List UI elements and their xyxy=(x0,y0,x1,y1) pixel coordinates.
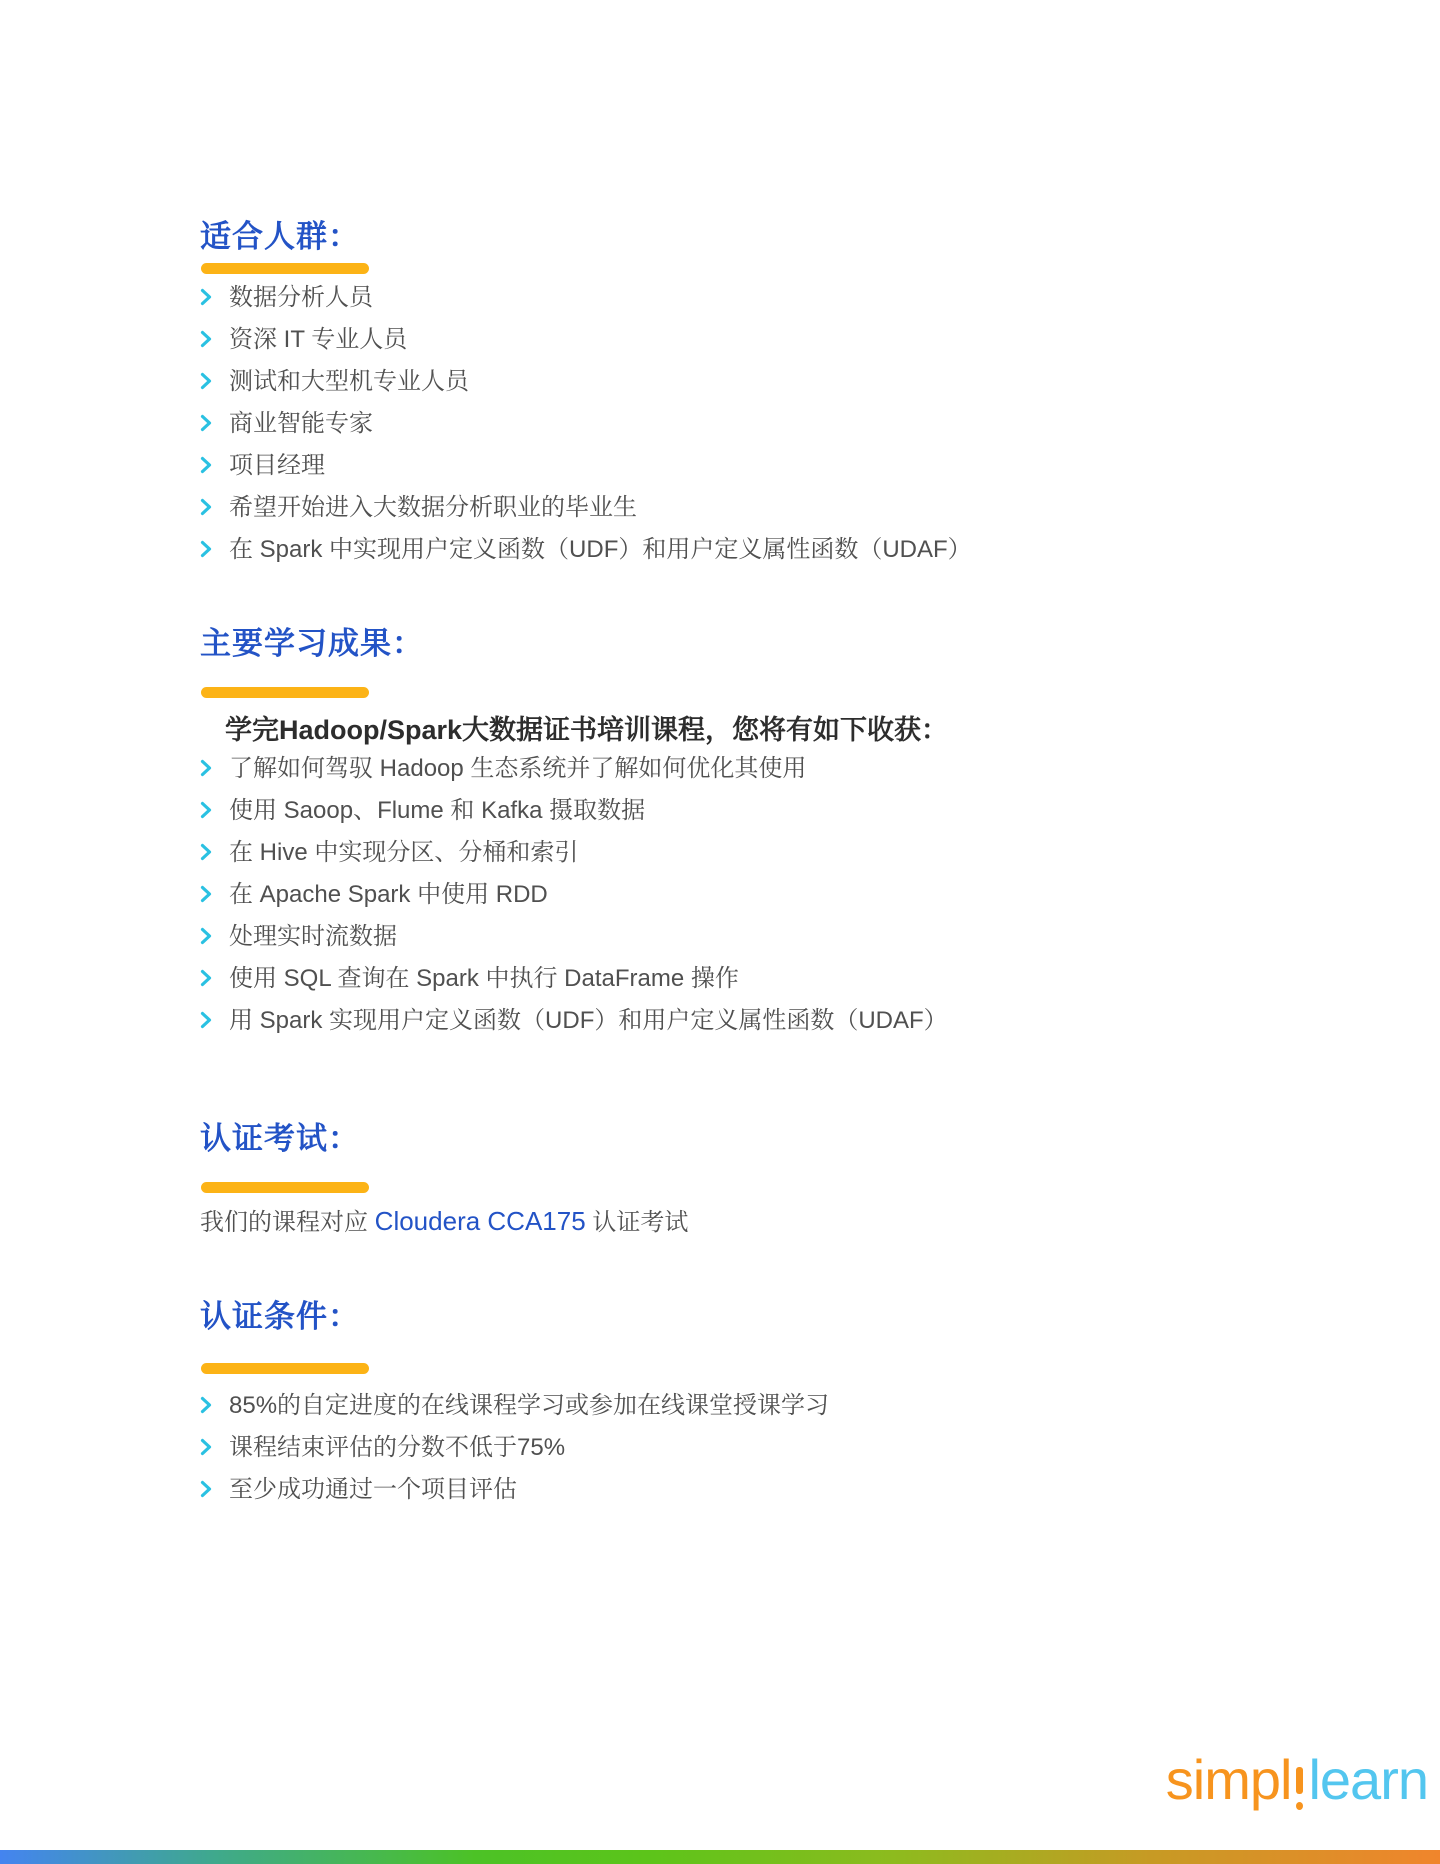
list-item-text: 课程结束评估的分数不低于75% xyxy=(229,1433,565,1462)
chevron-right-icon xyxy=(200,1396,212,1414)
chevron-right-icon xyxy=(200,414,212,432)
chevron-right-icon xyxy=(200,885,212,903)
list-item: 至少成功通过一个项目评估 xyxy=(200,1475,829,1504)
logo-i-stem xyxy=(1296,1767,1303,1794)
list-item-text: 在 Apache Spark 中使用 RDD xyxy=(229,880,548,909)
chevron-right-icon xyxy=(200,1480,212,1498)
chevron-right-icon xyxy=(200,288,212,306)
section-title-certification-criteria: 认证条件： xyxy=(200,1291,360,1336)
chevron-right-icon xyxy=(200,801,212,819)
section-title-target-audience: 适合人群： xyxy=(200,211,360,256)
chevron-right-icon xyxy=(200,843,212,861)
learning-outcomes-list: 了解如何驾驭 Hadoop 生态系统并了解如何优化其使用 使用 Saoop、Fl… xyxy=(200,754,948,1048)
list-item: 了解如何驾驭 Hadoop 生态系统并了解如何优化其使用 xyxy=(200,754,948,783)
list-item: 85%的自定进度的在线课程学习或参加在线课堂授课学习 xyxy=(200,1391,829,1420)
list-item-text: 资深 IT 专业人员 xyxy=(229,325,407,354)
logo-i-mark xyxy=(1295,1752,1304,1816)
list-item-text: 测试和大型机专业人员 xyxy=(229,367,469,396)
logo-learn-text: learn xyxy=(1308,1752,1428,1808)
list-item: 项目经理 xyxy=(200,451,972,480)
accent-underline xyxy=(201,687,369,698)
chevron-right-icon xyxy=(200,1011,212,1029)
chevron-right-icon xyxy=(200,372,212,390)
chevron-right-icon xyxy=(200,330,212,348)
list-item: 测试和大型机专业人员 xyxy=(200,367,972,396)
list-item-text: 85%的自定进度的在线课程学习或参加在线课堂授课学习 xyxy=(229,1391,829,1420)
list-item-text: 在 Hive 中实现分区、分桶和索引 xyxy=(229,838,578,867)
footer-gradient-bar xyxy=(0,1850,1440,1864)
chevron-right-icon xyxy=(200,759,212,777)
accent-underline xyxy=(201,1182,369,1193)
chevron-right-icon xyxy=(200,1438,212,1456)
learning-outcomes-lead: 学完Hadoop/Spark大数据证书培训课程，您将有如下收获： xyxy=(225,708,948,747)
list-item: 希望开始进入大数据分析职业的毕业生 xyxy=(200,493,972,522)
list-item-text: 至少成功通过一个项目评估 xyxy=(229,1475,517,1504)
target-audience-list: 数据分析人员 资深 IT 专业人员 测试和大型机专业人员 商业智能专家 项目经理… xyxy=(200,283,972,577)
logo-i-dot xyxy=(1296,1802,1303,1810)
certification-criteria-list: 85%的自定进度的在线课程学习或参加在线课堂授课学习 课程结束评估的分数不低于7… xyxy=(200,1391,829,1517)
list-item: 使用 Saoop、Flume 和 Kafka 摄取数据 xyxy=(200,796,948,825)
list-item: 用 Spark 实现用户定义函数（UDF）和用户定义属性函数（UDAF） xyxy=(200,1006,948,1035)
list-item: 课程结束评估的分数不低于75% xyxy=(200,1433,829,1462)
exam-paragraph-prefix: 我们的课程对应 xyxy=(200,1209,375,1236)
list-item: 处理实时流数据 xyxy=(200,922,948,951)
list-item-text: 处理实时流数据 xyxy=(229,922,397,951)
list-item: 在 Hive 中实现分区、分桶和索引 xyxy=(200,838,948,867)
list-item: 商业智能专家 xyxy=(200,409,972,438)
list-item-text: 希望开始进入大数据分析职业的毕业生 xyxy=(229,493,637,522)
list-item: 资深 IT 专业人员 xyxy=(200,325,972,354)
accent-underline xyxy=(201,263,369,274)
cloudera-cca175-link[interactable]: Cloudera CCA175 xyxy=(375,1206,586,1236)
chevron-right-icon xyxy=(200,456,212,474)
list-item: 在 Spark 中实现用户定义函数（UDF）和用户定义属性函数（UDAF） xyxy=(200,535,972,564)
list-item-text: 用 Spark 实现用户定义函数（UDF）和用户定义属性函数（UDAF） xyxy=(229,1006,948,1035)
list-item-text: 项目经理 xyxy=(229,451,325,480)
exam-paragraph-suffix: 认证考试 xyxy=(586,1209,689,1236)
chevron-right-icon xyxy=(200,498,212,516)
logo-simpl-text: simpl xyxy=(1166,1752,1292,1808)
brochure-page: 适合人群： 数据分析人员 资深 IT 专业人员 测试和大型机专业人员 商业智能专… xyxy=(0,0,1440,1864)
list-item-text: 商业智能专家 xyxy=(229,409,373,438)
exam-paragraph: 我们的课程对应 Cloudera CCA175 认证考试 xyxy=(200,1206,688,1238)
list-item: 数据分析人员 xyxy=(200,283,972,312)
chevron-right-icon xyxy=(200,927,212,945)
simplilearn-logo: simpllearn xyxy=(1166,1752,1428,1816)
list-item-text: 数据分析人员 xyxy=(229,283,373,312)
list-item: 使用 SQL 查询在 Spark 中执行 DataFrame 操作 xyxy=(200,964,948,993)
section-title-learning-outcomes: 主要学习成果： xyxy=(200,618,424,663)
list-item-text: 使用 Saoop、Flume 和 Kafka 摄取数据 xyxy=(229,796,645,825)
list-item-text: 了解如何驾驭 Hadoop 生态系统并了解如何优化其使用 xyxy=(229,754,806,783)
list-item-text: 使用 SQL 查询在 Spark 中执行 DataFrame 操作 xyxy=(229,964,739,993)
accent-underline xyxy=(201,1363,369,1374)
chevron-right-icon xyxy=(200,540,212,558)
list-item: 在 Apache Spark 中使用 RDD xyxy=(200,880,948,909)
list-item-text: 在 Spark 中实现用户定义函数（UDF）和用户定义属性函数（UDAF） xyxy=(229,535,972,564)
chevron-right-icon xyxy=(200,969,212,987)
section-title-certification-exam: 认证考试： xyxy=(200,1113,360,1158)
